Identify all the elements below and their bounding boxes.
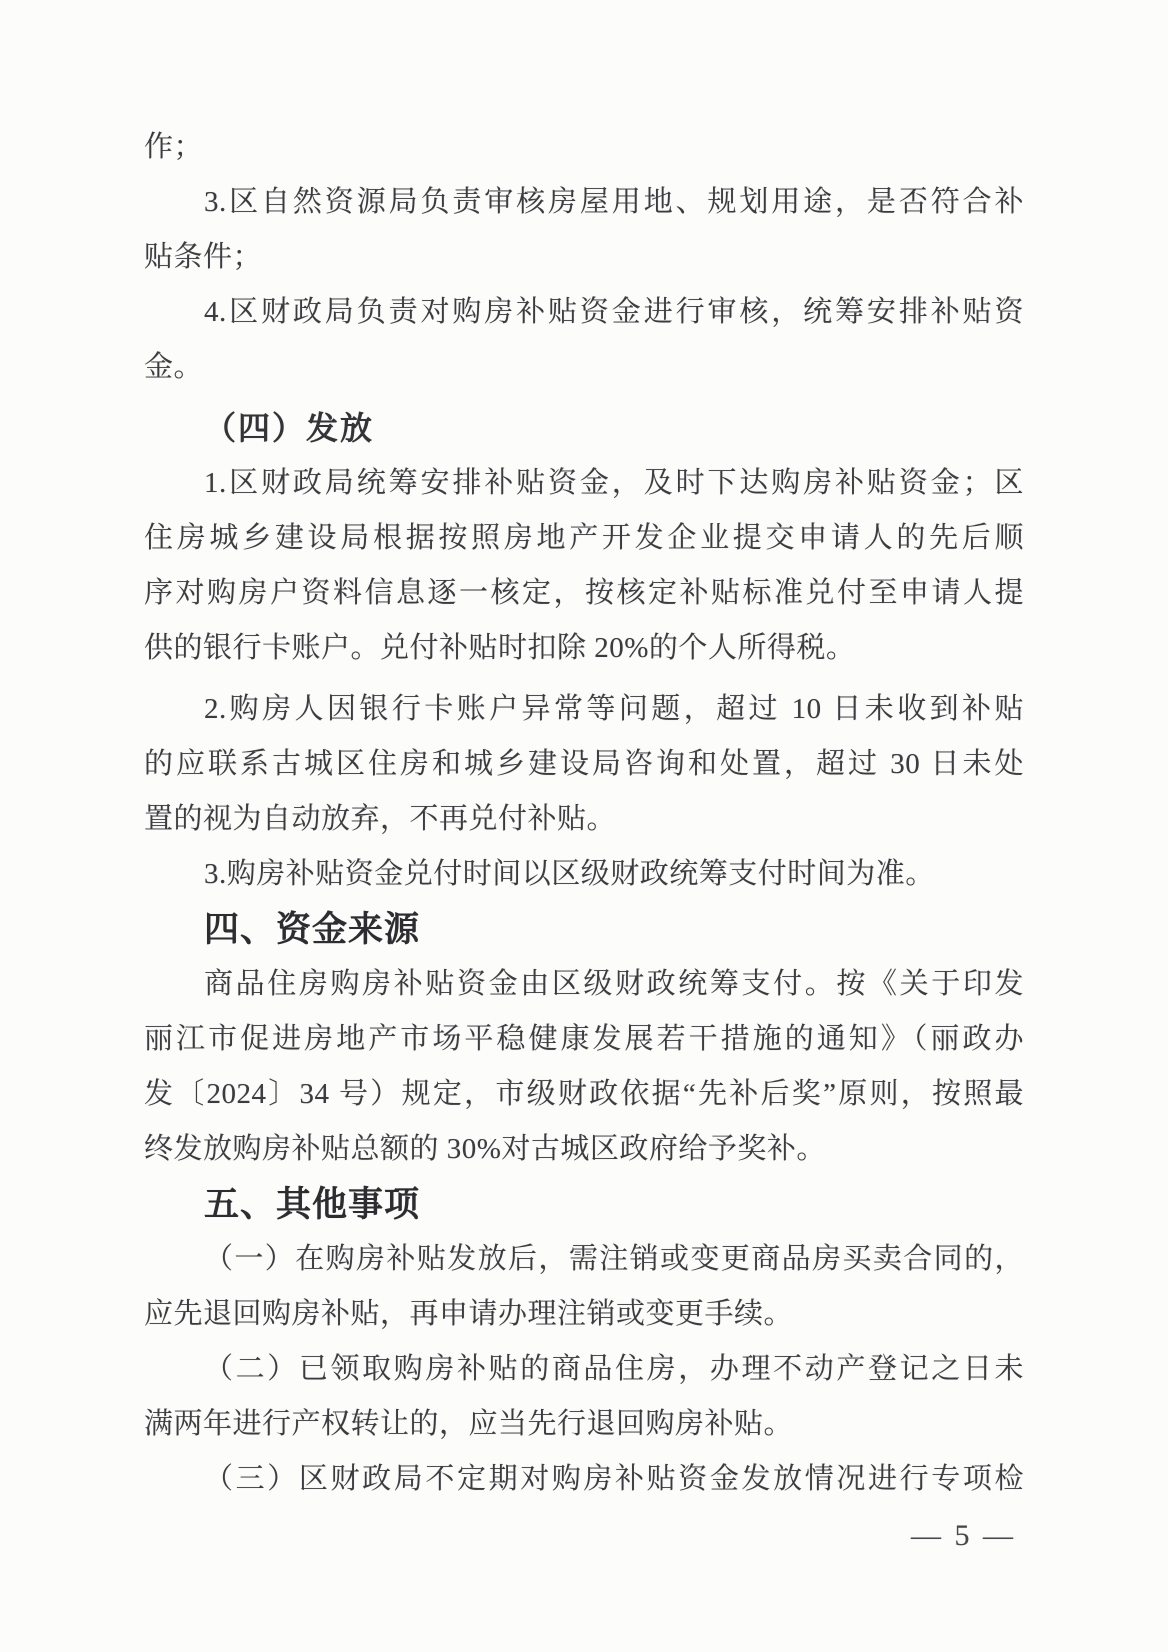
- body-line: 终发放购房补贴总额的 30%对古城区政府给予奖补。: [144, 1122, 1024, 1177]
- body-line: 住房城乡建设局根据按照房地产开发企业提交申请人的先后顺: [144, 511, 1024, 566]
- body-line: 作；: [144, 120, 1024, 175]
- body-line: （三）区财政局不定期对购房补贴资金发放情况进行专项检: [144, 1452, 1024, 1507]
- body-line: 商品住房购房补贴资金由区级财政统筹支付。按《关于印发: [144, 957, 1024, 1012]
- document-page: 作； 3.区自然资源局负责审核房屋用地、规划用途，是否符合补 贴条件； 4.区财…: [0, 0, 1168, 1652]
- body-line: 发〔2024〕34 号）规定，市级财政依据“先补后奖”原则，按照最: [144, 1067, 1024, 1122]
- body-line: 3.区自然资源局负责审核房屋用地、规划用途，是否符合补: [144, 175, 1024, 230]
- subsection-heading-disbursement: （四）发放: [144, 401, 1024, 456]
- body-line: 序对购房户资料信息逐一核定，按核定补贴标准兑付至申请人提: [144, 566, 1024, 621]
- body-line: 3.购房补贴资金兑付时间以区级财政统筹支付时间为准。: [144, 847, 1024, 902]
- body-line: 满两年进行产权转让的，应当先行退回购房补贴。: [144, 1397, 1024, 1452]
- section-heading-funding-source: 四、资金来源: [144, 902, 1024, 957]
- body-line: （二）已领取购房补贴的商品住房，办理不动产登记之日未: [144, 1342, 1024, 1397]
- body-line: 2.购房人因银行卡账户异常等问题，超过 10 日未收到补贴: [144, 682, 1024, 737]
- body-line: 供的银行卡账户。兑付补贴时扣除 20%的个人所得税。: [144, 621, 1024, 676]
- body-line: 金。: [144, 340, 1024, 395]
- body-line: 的应联系古城区住房和城乡建设局咨询和处置，超过 30 日未处: [144, 737, 1024, 792]
- body-line: 贴条件；: [144, 230, 1024, 285]
- document-body: 作； 3.区自然资源局负责审核房屋用地、规划用途，是否符合补 贴条件； 4.区财…: [144, 120, 1024, 1507]
- body-line: （一）在购房补贴发放后，需注销或变更商品房买卖合同的，: [144, 1232, 1024, 1287]
- body-line: 置的视为自动放弃，不再兑付补贴。: [144, 792, 1024, 847]
- body-line: 4.区财政局负责对购房补贴资金进行审核，统筹安排补贴资: [144, 285, 1024, 340]
- body-line: 丽江市促进房地产市场平稳健康发展若干措施的通知》（丽政办: [144, 1012, 1024, 1067]
- section-heading-other-items: 五、其他事项: [144, 1177, 1024, 1232]
- body-line: 应先退回购房补贴，再申请办理注销或变更手续。: [144, 1287, 1024, 1342]
- page-number: — 5 —: [911, 1516, 1016, 1556]
- body-line: 1.区财政局统筹安排补贴资金，及时下达购房补贴资金；区: [144, 456, 1024, 511]
